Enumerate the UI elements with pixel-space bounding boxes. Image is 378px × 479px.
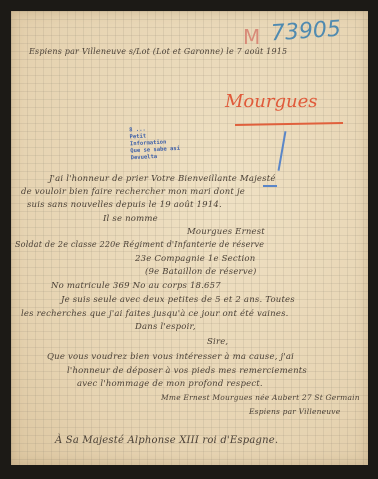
- closing-line: avec l'hommage de mon profond respect.: [77, 379, 263, 389]
- letter-page: M 73905 Espiens par Villeneuve s/Lot (Lo…: [11, 11, 368, 465]
- body-line: Il se nomme: [103, 214, 158, 224]
- closing-line: Sire,: [207, 337, 228, 347]
- addressee: À Sa Majesté Alphonse XIII roi d'Espagne…: [55, 435, 278, 446]
- closing-line: Que vous voudrez bien vous intéresser à …: [47, 352, 294, 362]
- signature: Mme Ernest Mourgues née Aubert 27 St Ger…: [161, 393, 360, 402]
- signature-address: Espiens par Villeneuve: [249, 407, 340, 416]
- header-place-date: Espiens par Villeneuve s/Lot (Lot et Gar…: [29, 47, 287, 56]
- soldier-numbers: No matricule 369 No au corps 18.657: [51, 281, 221, 291]
- archive-prefix: M: [243, 25, 260, 49]
- blue-pencil-arrow: [278, 131, 287, 171]
- archive-number: 73905: [270, 17, 342, 47]
- closing-line: Je suis seule avec deux petites de 5 et …: [61, 295, 295, 305]
- soldier-battalion: (9e Bataillon de réserve): [145, 267, 257, 277]
- blue-underline: [263, 185, 277, 187]
- body-line: J'ai l'honneur de prier Votre Bienveilla…: [49, 174, 276, 184]
- surname-annotation: Mourgues: [225, 91, 317, 112]
- closing-line: Dans l'espoir,: [135, 322, 196, 332]
- stamp-line: Devuelta: [131, 153, 183, 163]
- surname-underline: [235, 122, 343, 126]
- closing-line: l'honneur de déposer à vos pieds mes rem…: [67, 366, 307, 376]
- closing-line: les recherches que j'ai faites jusqu'à c…: [21, 309, 289, 319]
- soldier-name: Mourgues Ernest: [187, 227, 265, 237]
- soldier-company: 23e Compagnie 1e Section: [135, 254, 255, 264]
- body-line: de vouloir bien faire rechercher mon mar…: [21, 187, 245, 197]
- soldier-unit: Soldat de 2e classe 220e Régiment d'Infa…: [15, 240, 264, 249]
- office-stamp: 8 ... Petit Information Que se sabe así …: [129, 125, 183, 164]
- body-line: suis sans nouvelles depuis le 19 août 19…: [27, 200, 222, 210]
